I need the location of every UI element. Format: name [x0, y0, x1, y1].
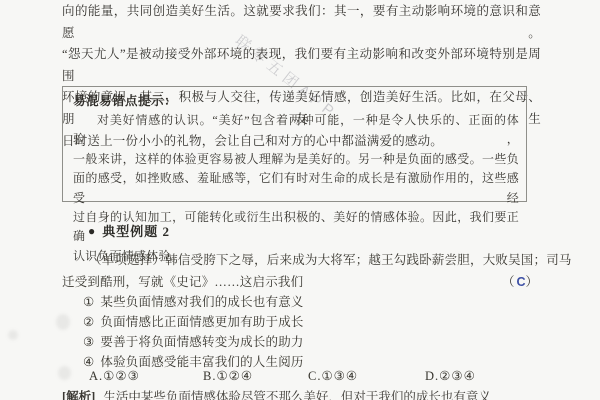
option-3-text: 要善于将负面情感转变为成长的助力 — [100, 335, 303, 349]
intro-line-1: 向的能量，共同创造美好生活。这就要求我们：其一，要有主动影响环境的意识和意愿。 — [62, 1, 541, 44]
option-4-number: ④ — [83, 355, 94, 369]
answer-paren-close: ） — [526, 275, 541, 289]
choices-row: A.①②③ B.①②④ C.①③④ D.②③④ — [62, 368, 540, 389]
choice-b: B.①②④ — [203, 368, 253, 384]
tip-line-3: 面的感受，如挫败感、羞耻感等，它们有时对生命的成长是有激励作用的，这些感受经 — [73, 169, 519, 208]
choice-a: A.①②③ — [89, 368, 140, 384]
option-3-number: ③ — [83, 335, 94, 349]
question-line-2: 迁受到酷刑，写就《史记》……这启示我们 — [62, 272, 303, 293]
tip-line-2: 一般来讲，这样的体验更容易被人理解为是美好的。另一种是负面的感受。一些负 — [73, 150, 519, 169]
choice-c: C.①③④ — [308, 368, 358, 384]
tip-box: 易混易错点提示： 对美好情感的认识。“美好”包含着两种可能，一种是令人快乐的、正… — [62, 86, 527, 202]
analysis-label: [解析] — [62, 390, 95, 400]
analysis-line: [解析]生活中某些负面情感体验尽管不那么美好，但对于我们的成长也有意义 — [62, 387, 540, 400]
scanned-textbook-page: 联零五团APP 向的能量，共同创造美好生活。这就要求我们：其一，要有主动影响环境… — [0, 0, 600, 400]
bullet-circle-icon: ● — [88, 224, 96, 238]
option-1-number: ① — [83, 295, 94, 309]
answer-paren-open: （ — [502, 275, 517, 289]
question-line-1: （单项选择）韩信受胯下之辱，后来成为大将军；越王勾践卧薪尝胆，大败吴国；司马 — [89, 250, 572, 271]
tip-box-title: 易混易错点提示： — [73, 91, 177, 109]
example-heading: ●典型例题 2 — [88, 221, 170, 240]
tip-box-body: 对美好情感的认识。“美好”包含着两种可能，一种是令人快乐的、正面的体验， 一般来… — [73, 111, 519, 266]
option-row-3: ③要善于将负面情感转变为成长的助力 — [83, 332, 304, 353]
answer-blank: （C） — [502, 272, 540, 290]
answer-letter: C — [517, 275, 526, 289]
scan-noise-blob — [56, 314, 70, 330]
scan-noise-blob — [8, 330, 18, 340]
option-row-1: ①某些负面情感对我们的成长也有意义 — [83, 292, 304, 313]
tip-line-1: 对美好情感的认识。“美好”包含着两种可能，一种是令人快乐的、正面的体验， — [73, 111, 519, 150]
choice-d: D.②③④ — [425, 368, 476, 384]
option-2-number: ② — [83, 315, 94, 329]
intro-line-2: “怨天尤人”是被动接受外部环境的表现，我们要有主动影响和改变外部环境特别是周围 — [62, 44, 541, 87]
option-4-text: 体验负面感受能丰富我们的人生阅历 — [100, 355, 303, 369]
option-row-2: ②负面情感比正面情感更加有助于成长 — [83, 312, 304, 333]
example-heading-label: 典型例题 2 — [102, 224, 170, 239]
option-1-text: 某些负面情感对我们的成长也有意义 — [100, 295, 303, 309]
option-2-text: 负面情感比正面情感更加有助于成长 — [100, 315, 303, 329]
analysis-text: 生活中某些负面情感体验尽管不那么美好，但对于我们的成长也有意义 — [103, 390, 491, 400]
